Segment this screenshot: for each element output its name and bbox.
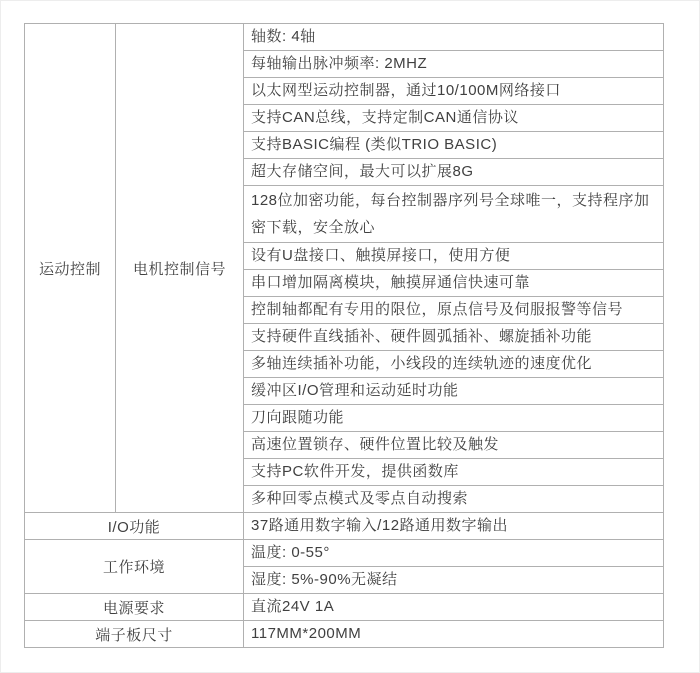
spec-value-cell: 117MM*200MM [244,621,664,648]
spec-value-cell: 刀向跟随功能 [244,405,664,432]
row-label-cell: I/O功能 [25,513,244,540]
spec-value-cell: 支持PC软件开发，提供函数库 [244,459,664,486]
row-label-cell: 电源要求 [25,594,244,621]
spec-value-cell: 设有U盘接口、触摸屏接口，使用方便 [244,243,664,270]
spec-value-cell: 超大存储空间，最大可以扩展8G [244,159,664,186]
spec-value-cell: 温度: 0-55° [244,540,664,567]
product-spec-table: 运动控制电机控制信号轴数: 4轴每轴输出脉冲频率: 2MHZ以太网型运动控制器，… [24,23,664,648]
spec-value-cell: 湿度: 5%-90%无凝结 [244,567,664,594]
spec-row: 运动控制电机控制信号轴数: 4轴 [25,24,664,51]
spec-value-cell: 支持BASIC编程 (类似TRIO BASIC) [244,132,664,159]
spec-row: 电源要求直流24V 1A [25,594,664,621]
spec-value-cell: 直流24V 1A [244,594,664,621]
spec-value-cell: 轴数: 4轴 [244,24,664,51]
spec-row: 工作环境温度: 0-55° [25,540,664,567]
spec-value-cell: 支持CAN总线，支持定制CAN通信协议 [244,105,664,132]
spec-value-cell: 多轴连续插补功能，小线段的连续轨迹的速度优化 [244,351,664,378]
spec-row: 端子板尺寸117MM*200MM [25,621,664,648]
spec-value-cell: 高速位置锁存、硬件位置比较及触发 [244,432,664,459]
spec-row: I/O功能37路通用数字输入/12路通用数字输出 [25,513,664,540]
spec-value-cell: 以太网型运动控制器，通过10/100M网络接口 [244,78,664,105]
row-label-cell: 工作环境 [25,540,244,594]
spec-value-cell: 每轴输出脉冲频率: 2MHZ [244,51,664,78]
spec-value-cell: 支持硬件直线插补、硬件圆弧插补、螺旋插补功能 [244,324,664,351]
spec-value-cell: 128位加密功能，每台控制器序列号全球唯一，支持程序加密下载，安全放心 [244,186,664,243]
spec-value-cell: 37路通用数字输入/12路通用数字输出 [244,513,664,540]
spec-value-cell: 控制轴都配有专用的限位，原点信号及伺服报警等信号 [244,297,664,324]
spec-table-body: 运动控制电机控制信号轴数: 4轴每轴输出脉冲频率: 2MHZ以太网型运动控制器，… [25,24,664,648]
spec-value-cell: 缓冲区I/O管理和运动延时功能 [244,378,664,405]
subcategory-cell: 电机控制信号 [116,24,244,513]
spec-value-cell: 串口增加隔离模块，触摸屏通信快速可靠 [244,270,664,297]
spec-value-cell: 多种回零点模式及零点自动搜索 [244,486,664,513]
row-label-cell: 端子板尺寸 [25,621,244,648]
category-cell: 运动控制 [25,24,116,513]
